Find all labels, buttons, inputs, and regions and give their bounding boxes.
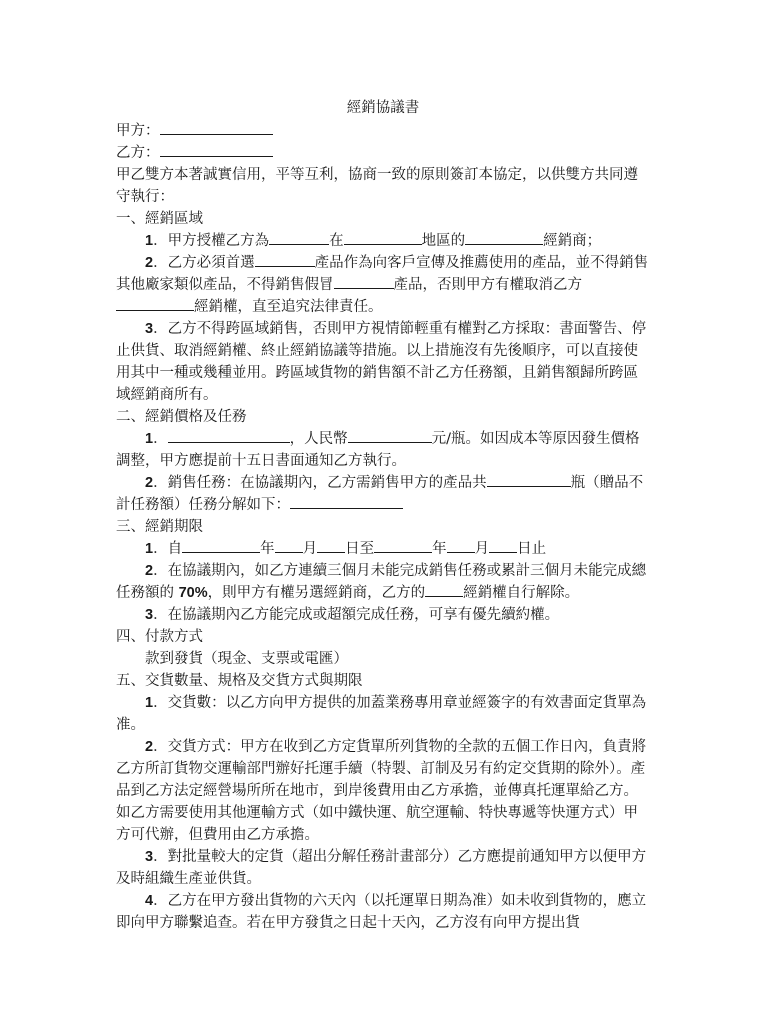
clause-text: 月	[475, 541, 490, 557]
document-title: 經銷協議書	[116, 97, 650, 119]
clause-3-1: 1．自年月日至年月日止	[116, 538, 650, 560]
clause-number: 2	[145, 475, 153, 491]
party-a-blank[interactable]	[160, 120, 273, 135]
clause-3-2: 2．在協議期內，如乙方連續三個月未能完成銷售任務或累計三個月未能完成總任務額的 …	[116, 560, 650, 604]
clause-text: ．乙方不得跨區域銷售，否則甲方視情節輕重有權對乙方採取：書面警告、停止供貨、取消…	[116, 321, 646, 403]
blank-field[interactable]	[255, 252, 315, 267]
payment-method-text: 款到發貨（現金、支票或電匯）	[116, 648, 650, 670]
blank-field[interactable]	[348, 428, 432, 443]
document-page: 經銷協議書 甲方： 乙方： 甲乙雙方本著誠實信用，平等互利，協商一致的原則簽訂本…	[116, 97, 650, 934]
blank-field[interactable]	[334, 274, 394, 289]
section-heading: 二、經銷價格及任務	[116, 406, 650, 428]
blank-field[interactable]	[317, 538, 345, 553]
blank-field[interactable]	[489, 538, 517, 553]
clause-number: 4	[145, 893, 153, 909]
clause-number: 2	[145, 255, 153, 271]
clause-1-2: 2．乙方必須首選產品作為向客戶宣傳及推薦使用的產品，並不得銷售其他廠家類似產品，…	[116, 252, 650, 318]
intro-paragraph: 甲乙雙方本著誠實信用，平等互利，協商一致的原則簽訂本協定，以供雙方共同遵守執行：	[116, 164, 650, 208]
clause-text: 經銷權，直至追究法律責任。	[194, 299, 383, 315]
percentage-value: 70%	[179, 585, 208, 601]
clause-text: ．乙方必須首選	[153, 255, 255, 271]
party-a-label: 甲方：	[116, 123, 160, 139]
clause-text: 日至	[345, 541, 374, 557]
clause-text: ，則甲方有權另選經銷商，乙方的	[208, 585, 426, 601]
party-b-label: 乙方：	[116, 145, 160, 161]
section-heading: 一、經銷區域	[116, 208, 650, 230]
clause-text: 月	[303, 541, 318, 557]
clause-text: 日止	[517, 541, 546, 557]
blank-field[interactable]	[116, 296, 194, 311]
clause-2-1: 1．，人民幣元/瓶。如因成本等原因發生價格調整，甲方應提前十五日書面通知乙方執行…	[116, 428, 650, 472]
blank-field[interactable]	[290, 494, 403, 509]
clause-5-3: 3．對批量較大的定貨（超出分解任務計畫部分）乙方應提前通知甲方以便甲方及時組織生…	[116, 846, 650, 890]
section-heading: 五、交貨數量、規格及交貨方式與期限	[116, 670, 650, 692]
clause-text: ．甲方授權乙方為	[153, 233, 269, 249]
clause-text: 地區的	[422, 233, 466, 249]
clause-1-3: 3．乙方不得跨區域銷售，否則甲方視情節輕重有權對乙方採取：書面警告、停止供貨、取…	[116, 318, 650, 406]
blank-field[interactable]	[269, 230, 329, 245]
clause-text: ．在協議期內乙方能完成或超額完成任務，可享有優先續約權。	[153, 607, 559, 623]
clause-text: ．銷售任務：在協議期內，乙方需銷售甲方的產品共	[153, 475, 487, 491]
blank-field[interactable]	[182, 538, 260, 553]
clause-number: 2	[145, 563, 153, 579]
clause-number: 3	[145, 607, 153, 623]
clause-text: 年	[260, 541, 275, 557]
clause-number: 1	[145, 695, 153, 711]
clause-text: ．交貨方式：甲方在收到乙方定貨單所列貨物的全款的五個工作日內，負責將乙方所訂貨物…	[116, 739, 646, 843]
section-heading: 四、付款方式	[116, 626, 650, 648]
clause-number: 2	[145, 739, 153, 755]
clause-text: ．	[153, 431, 168, 447]
clause-2-2: 2．銷售任務：在協議期內，乙方需銷售甲方的產品共瓶（贈品不計任務額）任務分解如下…	[116, 472, 650, 516]
clause-text: ．乙方在甲方發出貨物的六天內（以托運單日期為准）如未收到貨物的，應立即向甲方聯繫…	[116, 893, 646, 931]
clause-text: ．對批量較大的定貨（超出分解任務計畫部分）乙方應提前通知甲方以便甲方及時組織生產…	[116, 849, 646, 887]
clause-number: 1	[145, 431, 153, 447]
clause-number: 1	[145, 541, 153, 557]
blank-field[interactable]	[344, 230, 422, 245]
party-a-line: 甲方：	[116, 120, 650, 142]
clause-text: 經銷權自行解除。	[463, 585, 579, 601]
blank-field[interactable]	[275, 538, 303, 553]
clause-text: ．交貨數：以乙方向甲方提供的加蓋業務專用章並經簽字的有效書面定貨單為准。	[116, 695, 646, 733]
clause-3-3: 3．在協議期內乙方能完成或超額完成任務，可享有優先續約權。	[116, 604, 650, 626]
blank-field[interactable]	[168, 428, 290, 443]
clause-number: 3	[145, 321, 153, 337]
blank-field[interactable]	[425, 582, 463, 597]
party-b-line: 乙方：	[116, 142, 650, 164]
clause-text: 在	[329, 233, 344, 249]
blank-field[interactable]	[374, 538, 432, 553]
party-b-blank[interactable]	[160, 142, 273, 157]
clause-text: 年	[432, 541, 447, 557]
clause-text: 經銷商；	[543, 233, 601, 249]
clause-number: 3	[145, 849, 153, 865]
clause-text: ．自	[153, 541, 182, 557]
clause-5-1: 1．交貨數：以乙方向甲方提供的加蓋業務專用章並經簽字的有效書面定貨單為准。	[116, 692, 650, 736]
blank-field[interactable]	[447, 538, 475, 553]
clause-number: 1	[145, 233, 153, 249]
blank-field[interactable]	[465, 230, 543, 245]
blank-field[interactable]	[487, 472, 571, 487]
clause-1-1: 1．甲方授權乙方為在地區的經銷商；	[116, 230, 650, 252]
clause-5-2: 2．交貨方式：甲方在收到乙方定貨單所列貨物的全款的五個工作日內，負責將乙方所訂貨…	[116, 736, 650, 846]
clause-text: 產品，否則甲方有權取消乙方	[394, 277, 583, 293]
clause-5-4: 4．乙方在甲方發出貨物的六天內（以托運單日期為准）如未收到貨物的，應立即向甲方聯…	[116, 890, 650, 934]
clause-text: ，人民幣	[290, 431, 348, 447]
section-heading: 三、經銷期限	[116, 516, 650, 538]
